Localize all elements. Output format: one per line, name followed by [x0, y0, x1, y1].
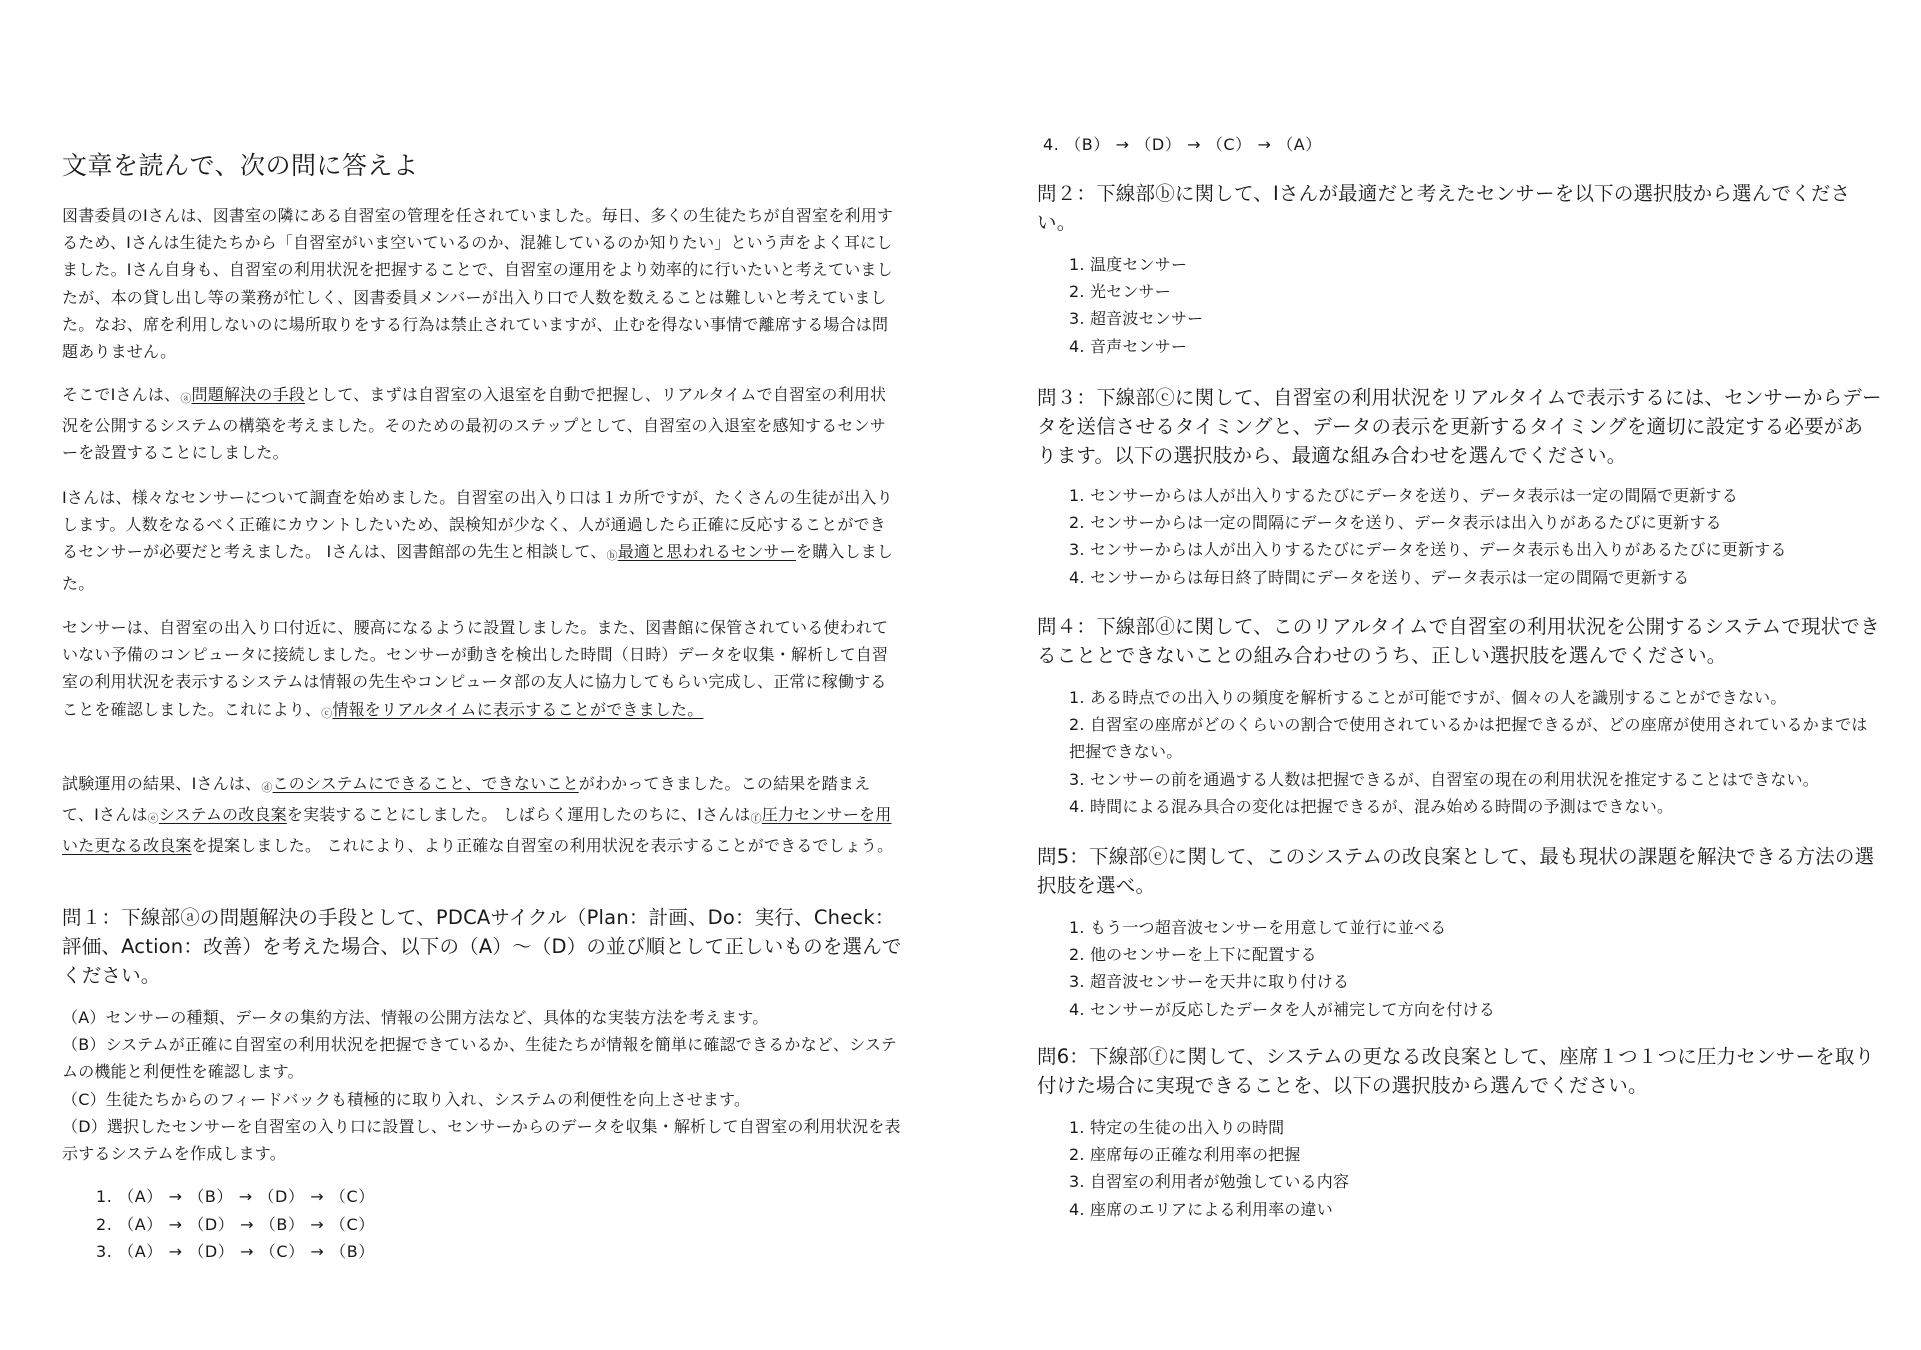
- option-1[interactable]: 1. 特定の生徒の出入りの時間: [1037, 1114, 1349, 1141]
- option-3[interactable]: 3. センサーからは人が出入りするたびにデータを送り、データ表示も出入りがあるた…: [1037, 536, 1787, 563]
- option-1[interactable]: 1. ある時点での出入りの頻度を解析することが可能ですが、個々の人を識別すること…: [1037, 684, 1872, 711]
- underlined-phrase-e: システムの改良案: [159, 805, 287, 824]
- underlined-phrase-b: 最適と思われるセンサー: [618, 542, 796, 561]
- question-1-steps: （A）センサーの種類、データの集約方法、情報の公開方法など、具体的な実装方法を考…: [62, 1004, 902, 1167]
- underline-marker-a: ⓐ: [180, 392, 191, 405]
- passage-paragraph-3: Iさんは、様々なセンサーについて調査を始めました。自習室の出入り口は１カ所ですが…: [62, 484, 902, 597]
- option-2[interactable]: 2. 他のセンサーを上下に配置する: [1037, 941, 1495, 968]
- option-1[interactable]: 1. もう一つ超音波センサーを用意して並行に並べる: [1037, 914, 1495, 941]
- question-3-options: 1. センサーからは人が出入りするたびにデータを送り、データ表示は一定の間隔で更…: [1037, 482, 1787, 591]
- option-4[interactable]: 4. センサーが反応したデータを人が補完して方向を付ける: [1037, 996, 1495, 1023]
- option-2[interactable]: 2. 光センサー: [1037, 278, 1203, 305]
- question-5-prompt: 問5：下線部ⓔに関して、このシステムの改良案として、最も現状の課題を解決できる方…: [1037, 842, 1882, 900]
- option-4[interactable]: 4. センサーからは毎日終了時間にデータを送り、データ表示は一定の間隔で更新する: [1037, 564, 1787, 591]
- option-1[interactable]: 1. センサーからは人が出入りするたびにデータを送り、データ表示は一定の間隔で更…: [1037, 482, 1787, 509]
- question-1-prompt: 問１：下線部ⓐの問題解決の手段として、PDCAサイクル（Plan：計画、Do：実…: [62, 903, 902, 990]
- question-6-prompt: 問6：下線部ⓕに関して、システムの更なる改良案として、座席１つ１つに圧力センサー…: [1037, 1042, 1882, 1100]
- step-a: （A）センサーの種類、データの集約方法、情報の公開方法など、具体的な実装方法を考…: [62, 1004, 902, 1031]
- option-1[interactable]: 1. 温度センサー: [1037, 251, 1203, 278]
- underline-marker-c: ⓒ: [321, 707, 332, 720]
- option-3[interactable]: 3. 超音波センサーを天井に取り付ける: [1037, 968, 1495, 995]
- page-title: 文章を読んで、次の問に答えよ: [62, 150, 419, 182]
- underlined-phrase-d: このシステムにできること、できないこと: [273, 774, 579, 793]
- option-3[interactable]: 3. 超音波センサー: [1037, 305, 1203, 332]
- passage-paragraph-4: センサーは、自習室の出入り口付近に、腰高になるように設置しました。また、図書館に…: [62, 614, 902, 727]
- question-5-options: 1. もう一つ超音波センサーを用意して並行に並べる 2. 他のセンサーを上下に配…: [1037, 914, 1495, 1023]
- option-2[interactable]: 2. （A） → （D） → （B） → （C）: [62, 1211, 375, 1239]
- question-4-prompt: 問４：下線部ⓓに関して、このリアルタイムで自習室の利用状況を公開するシステムで現…: [1037, 612, 1882, 670]
- option-4[interactable]: 4. 音声センサー: [1037, 333, 1203, 360]
- option-2[interactable]: 2. 座席毎の正確な利用率の把握: [1037, 1141, 1349, 1168]
- passage-paragraph-2: そこでIさんは、ⓐ問題解決の手段として、まずは自習室の入退室を自動で把握し、リア…: [62, 381, 902, 467]
- question-4-options: 1. ある時点での出入りの頻度を解析することが可能ですが、個々の人を識別すること…: [1037, 684, 1872, 820]
- step-d: （D）選択したセンサーを自習室の入り口に設置し、センサーからのデータを収集・解析…: [62, 1113, 902, 1167]
- underline-marker-b: ⓑ: [607, 549, 618, 562]
- question-1-options: 1. （A） → （B） → （D） → （C） 2. （A） → （D） → …: [62, 1183, 375, 1266]
- question-3-prompt: 問３：下線部ⓒに関して、自習室の利用状況をリアルタイムで表示するには、センサーか…: [1037, 383, 1882, 470]
- question-2-prompt: 問２：下線部ⓑに関して、Iさんが最適だと考えたセンサーを以下の選択肢から選んでく…: [1037, 179, 1882, 237]
- question-2-options: 1. 温度センサー 2. 光センサー 3. 超音波センサー 4. 音声センサー: [1037, 251, 1203, 360]
- option-1[interactable]: 1. （A） → （B） → （D） → （C）: [62, 1183, 375, 1211]
- underline-marker-f: ⓕ: [751, 812, 762, 825]
- step-b: （B）システムが正確に自習室の利用状況を把握できているか、生徒たちが情報を簡単に…: [62, 1031, 902, 1085]
- option-2[interactable]: 2. センサーからは一定の間隔にデータを送り、データ表示は出入りがあるたびに更新…: [1037, 509, 1787, 536]
- underline-marker-e: ⓔ: [148, 812, 159, 825]
- option-2[interactable]: 2. 自習室の座席がどのくらいの割合で使用されているかは把握できるが、どの座席が…: [1037, 711, 1872, 765]
- question-1-options-continued: 4. （B） → （D） → （C） → （A）: [1009, 131, 1322, 159]
- step-c: （C）生徒たちからのフィードバックも積極的に取り入れ、システムの利便性を向上させ…: [62, 1086, 902, 1113]
- option-3[interactable]: 3. 自習室の利用者が勉強している内容: [1037, 1168, 1349, 1195]
- question-6-options: 1. 特定の生徒の出入りの時間 2. 座席毎の正確な利用率の把握 3. 自習室の…: [1037, 1114, 1349, 1223]
- passage-paragraph-5: 試験運用の結果、Iさんは、ⓓこのシステムにできること、できないことがわかってきま…: [62, 770, 902, 860]
- option-4[interactable]: 4. 時間による混み具合の変化は把握できるが、混み始める時間の予測はできない。: [1037, 793, 1872, 820]
- passage-paragraph-1: 図書委員のIさんは、図書室の隣にある自習室の管理を任されていました。毎日、多くの…: [62, 202, 902, 365]
- option-4[interactable]: 4. 座席のエリアによる利用率の違い: [1037, 1196, 1349, 1223]
- underlined-phrase-c: 情報をリアルタイムに表示することができました。: [332, 700, 703, 719]
- option-3[interactable]: 3. センサーの前を通過する人数は把握できるが、自習室の現在の利用状況を推定する…: [1037, 766, 1872, 793]
- option-3[interactable]: 3. （A） → （D） → （C） → （B）: [62, 1238, 375, 1266]
- underline-marker-d: ⓓ: [261, 781, 272, 794]
- underlined-phrase-a: 問題解決の手段: [192, 385, 305, 404]
- option-4[interactable]: 4. （B） → （D） → （C） → （A）: [1009, 131, 1322, 159]
